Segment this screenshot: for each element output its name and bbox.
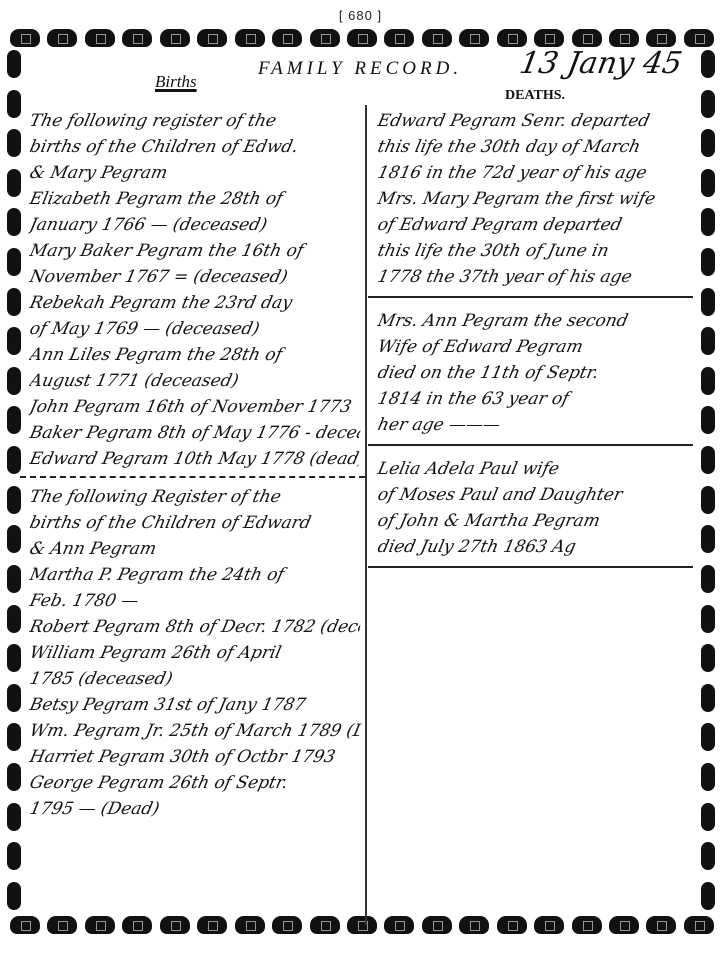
death-entry-line: Mrs. Mary Pegram the first wife xyxy=(375,186,699,212)
death-entry-line: died July 27th 1863 Ag xyxy=(375,534,699,560)
birth-entry: Wm. Pegram Jr. 25th of March 1789 (Dead) xyxy=(27,718,363,744)
birth-entry: Martha P. Pegram the 24th of xyxy=(27,562,363,588)
births-column: The following register of the births of … xyxy=(30,108,360,822)
decorative-right-border xyxy=(700,50,716,910)
column-divider xyxy=(365,105,367,925)
decorative-bottom-border xyxy=(10,915,714,935)
birth-entry: William Pegram 26th of April xyxy=(27,640,363,666)
birth-entry: Ann Liles Pegram the 28th of xyxy=(27,342,363,368)
birth-entry: 1785 (deceased) xyxy=(27,666,363,692)
decorative-top-border xyxy=(10,28,714,48)
entry-separator xyxy=(368,296,693,298)
births-intro-line: births of the Children of Edwd. xyxy=(27,134,363,160)
birth-entry: Edward Pegram 10th May 1778 (dead) xyxy=(27,446,363,472)
decorative-left-border xyxy=(6,50,22,910)
birth-entry: Rebekah Pegram the 23rd day xyxy=(27,290,363,316)
birth-entry: 1795 — (Dead) xyxy=(27,796,363,822)
section-separator xyxy=(20,476,365,478)
death-entry-line: of Moses Paul and Daughter xyxy=(375,482,699,508)
birth-entry: George Pegram 26th of Septr. xyxy=(27,770,363,796)
death-entry-line: Mrs. Ann Pegram the second xyxy=(375,308,699,334)
birth-entry: Elizabeth Pegram the 28th of xyxy=(27,186,363,212)
birth-entry: August 1771 (deceased) xyxy=(27,368,363,394)
deaths-column: Edward Pegram Senr. departed this life t… xyxy=(378,108,696,578)
page-title: FAMILY RECORD. xyxy=(258,58,462,80)
page-number: [ 680 ] xyxy=(0,8,721,23)
birth-entry: Harriet Pegram 30th of Octbr 1793 xyxy=(27,744,363,770)
deaths-label: DEATHS. xyxy=(505,88,565,104)
births-intro-line: & Mary Pegram xyxy=(27,160,363,186)
death-entry-line: 1778 the 37th year of his age xyxy=(375,264,699,290)
death-entry-line: of Edward Pegram departed xyxy=(375,212,699,238)
death-entry-line: Wife of Edward Pegram xyxy=(375,334,699,360)
entry-separator xyxy=(368,444,693,446)
birth-entry: Robert Pegram 8th of Decr. 1782 (decease… xyxy=(27,614,363,640)
death-entry-line: Edward Pegram Senr. departed xyxy=(375,108,699,134)
births-intro-line: & Ann Pegram xyxy=(27,536,363,562)
handwritten-date: 13 Jany 45 xyxy=(517,46,685,81)
death-entry-line: Lelia Adela Paul wife xyxy=(375,456,699,482)
birth-entry: Betsy Pegram 31st of Jany 1787 xyxy=(27,692,363,718)
births-intro-line: The following Register of the xyxy=(27,484,363,510)
births-intro-line: The following register of the xyxy=(27,108,363,134)
death-entry-line: her age ——— xyxy=(375,412,699,438)
death-entry-line: 1816 in the 72d year of his age xyxy=(375,160,699,186)
births-intro-line: births of the Children of Edward xyxy=(27,510,363,536)
entry-separator xyxy=(368,566,693,568)
birth-entry: January 1766 — (deceased) xyxy=(27,212,363,238)
death-entry-line: of John & Martha Pegram xyxy=(375,508,699,534)
death-entry-line: died on the 11th of Septr. xyxy=(375,360,699,386)
births-label: Births xyxy=(155,72,197,92)
death-entry-line: 1814 in the 63 year of xyxy=(375,386,699,412)
death-entry-line: this life the 30th day of March xyxy=(375,134,699,160)
birth-entry: Baker Pegram 8th of May 1776 - deceased xyxy=(27,420,363,446)
birth-entry: John Pegram 16th of November 1773 xyxy=(27,394,363,420)
death-entry-line: this life the 30th of June in xyxy=(375,238,699,264)
birth-entry: of May 1769 — (deceased) xyxy=(27,316,363,342)
birth-entry: November 1767 = (deceased) xyxy=(27,264,363,290)
birth-entry: Feb. 1780 — xyxy=(27,588,363,614)
birth-entry: Mary Baker Pegram the 16th of xyxy=(27,238,363,264)
